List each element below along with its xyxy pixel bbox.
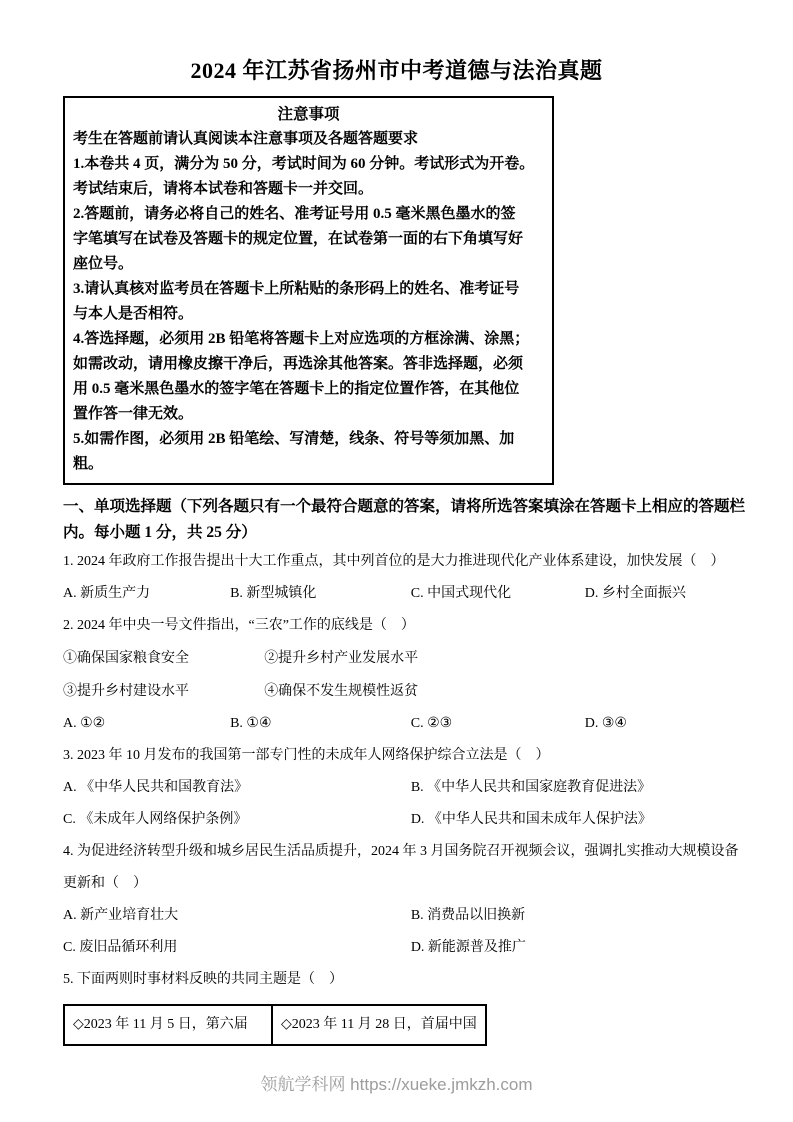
subitem-4: ④确保不发生规模性返贫	[264, 675, 745, 708]
question-5-stem: 5. 下面两则时事材料反映的共同主题是（ ）	[63, 964, 745, 996]
questions-section: 一、单项选择题（下列各题只有一个最符合题意的答案，请将所选答案填涂在答题卡上相应…	[63, 494, 745, 1046]
option-d: D. ③④	[585, 708, 745, 740]
option-b: B. 消费品以旧换新	[411, 900, 745, 932]
notice-line: 如需改动，请用橡皮擦干净后，再选涂其他答案。答非选择题，必须	[73, 352, 544, 377]
section-heading: 一、单项选择题（下列各题只有一个最符合题意的答案，请将所选答案填涂在答题卡上相应…	[63, 494, 745, 546]
exam-paper-page: 2024 年江苏省扬州市中考道德与法治真题 注意事项 考生在答题前请认真阅读本注…	[0, 0, 793, 1122]
question-2-stem: 2. 2024 年中央一号文件指出，“三农”工作的底线是（ ）	[63, 610, 745, 642]
option-b: B. 《中华人民共和国家庭教育促进法》	[411, 772, 745, 804]
option-b: B. 新型城镇化	[230, 578, 411, 610]
notice-line: 用 0.5 毫米黑色墨水的签字笔在答题卡上的指定位置作答，在其他位	[73, 377, 544, 402]
option-d: D. 《中华人民共和国未成年人保护法》	[411, 804, 745, 836]
notice-line: 置作答一律无效。	[73, 402, 544, 427]
option-b: B. ①④	[230, 708, 411, 740]
question-2-options: A. ①② B. ①④ C. ②③ D. ③④	[63, 708, 745, 740]
option-a: A. 新产业培育壮大	[63, 900, 411, 932]
notice-line: 字笔填写在试卷及答题卡的规定位置，在试卷第一面的右下角填写好	[73, 227, 544, 252]
material-table-cell: ◇2023 年 11 月 5 日，第六届	[65, 1006, 273, 1044]
question-3-stem: 3. 2023 年 10 月发布的我国第一部专门性的未成年人网络保护综合立法是（…	[63, 740, 745, 772]
option-a: A. 《中华人民共和国教育法》	[63, 772, 411, 804]
notice-line: 座位号。	[73, 252, 544, 277]
option-d: D. 新能源普及推广	[411, 932, 745, 964]
question-2-subitems-row-1: ①确保国家粮食安全 ②提升乡村产业发展水平	[63, 642, 745, 675]
question-1-stem: 1. 2024 年政府工作报告提出十大工作重点，其中列首位的是大力推进现代化产业…	[63, 546, 745, 578]
option-c: C. 《未成年人网络保护条例》	[63, 804, 411, 836]
notice-line: 3.请认真核对监考员在答题卡上所粘贴的条形码上的姓名、准考证号	[73, 277, 544, 302]
notice-line: 考生在答题前请认真阅读本注意事项及各题答题要求	[73, 127, 544, 152]
page-title: 2024 年江苏省扬州市中考道德与法治真题	[0, 0, 793, 86]
question-4-options-row-2: C. 废旧品循环利用 D. 新能源普及推广	[63, 932, 745, 964]
option-c: C. 中国式现代化	[411, 578, 585, 610]
question-4-stem: 4. 为促进经济转型升级和城乡居民生活品质提升，2024 年 3 月国务院召开视…	[63, 836, 745, 900]
subitem-2: ②提升乡村产业发展水平	[264, 642, 745, 675]
notice-line: 1.本卷共 4 页，满分为 50 分，考试时间为 60 分钟。考试形式为开卷。	[73, 152, 544, 177]
option-c: C. 废旧品循环利用	[63, 932, 411, 964]
question-5-material-table: ◇2023 年 11 月 5 日，第六届 ◇2023 年 11 月 28 日，首…	[63, 1004, 487, 1046]
option-c: C. ②③	[411, 708, 585, 740]
question-3-options-row-1: A. 《中华人民共和国教育法》 B. 《中华人民共和国家庭教育促进法》	[63, 772, 745, 804]
material-table-cell: ◇2023 年 11 月 28 日，首届中国	[273, 1006, 485, 1044]
option-d: D. 乡村全面振兴	[585, 578, 745, 610]
notice-line: 考试结束后，请将本试卷和答题卡一并交回。	[73, 177, 544, 202]
notice-line: 粗。	[73, 452, 544, 477]
notice-heading: 注意事项	[73, 102, 544, 127]
notice-line: 4.答选择题，必须用 2B 铅笔将答题卡上对应选项的方框涂满、涂黑；	[73, 327, 544, 352]
question-1-options: A. 新质生产力 B. 新型城镇化 C. 中国式现代化 D. 乡村全面振兴	[63, 578, 745, 610]
option-a: A. ①②	[63, 708, 230, 740]
notice-box: 注意事项 考生在答题前请认真阅读本注意事项及各题答题要求 1.本卷共 4 页，满…	[63, 96, 554, 485]
question-3-options-row-2: C. 《未成年人网络保护条例》 D. 《中华人民共和国未成年人保护法》	[63, 804, 745, 836]
notice-line: 5.如需作图，必须用 2B 铅笔绘、写清楚，线条、符号等须加黑、加	[73, 427, 544, 452]
notice-line: 2.答题前，请务必将自己的姓名、准考证号用 0.5 毫米黑色墨水的签	[73, 202, 544, 227]
subitem-3: ③提升乡村建设水平	[63, 675, 264, 708]
option-a: A. 新质生产力	[63, 578, 230, 610]
question-4-options-row-1: A. 新产业培育壮大 B. 消费品以旧换新	[63, 900, 745, 932]
subitem-1: ①确保国家粮食安全	[63, 642, 264, 675]
question-2-subitems-row-2: ③提升乡村建设水平 ④确保不发生规模性返贫	[63, 675, 745, 708]
footer-watermark: 领航学科网 https://xueke.jmkzh.com	[0, 1070, 793, 1095]
notice-line: 与本人是否相符。	[73, 302, 544, 327]
